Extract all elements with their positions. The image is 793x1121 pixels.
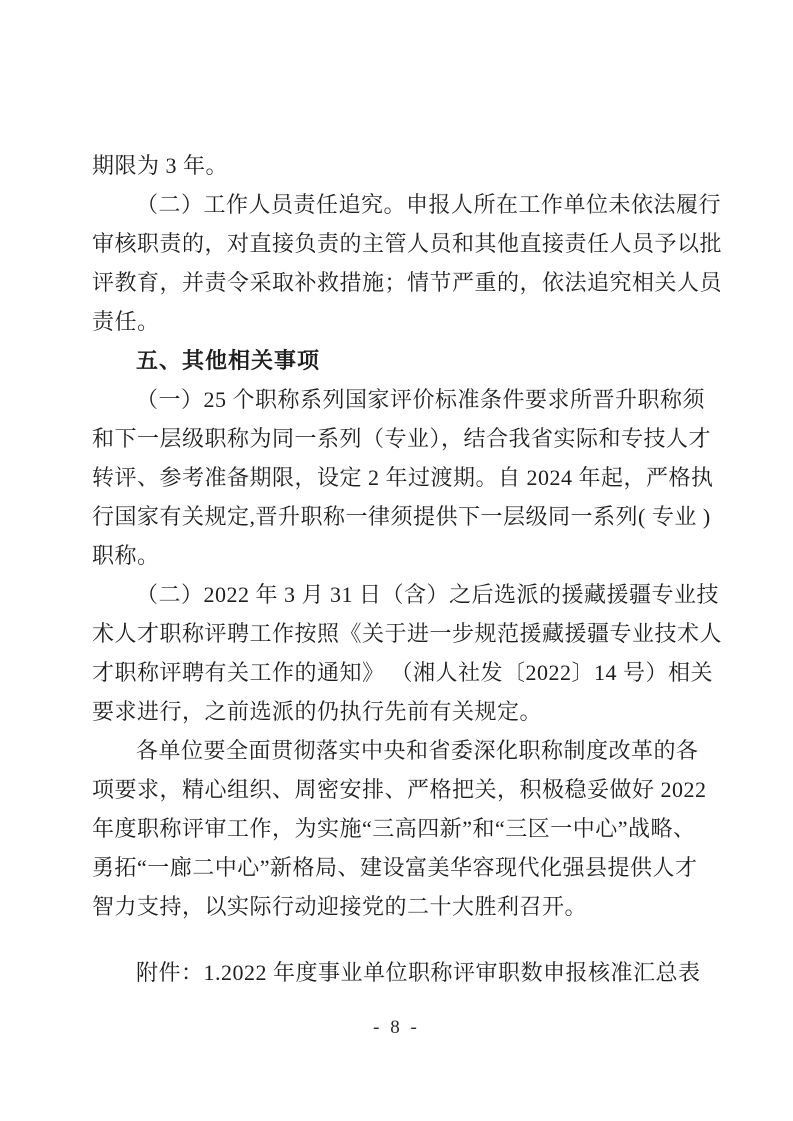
text-line: 术人才职称评聘工作按照《关于进一步规范援藏援疆专业技术人 — [92, 614, 717, 653]
text-line: （二）2022 年 3 月 31 日（含）之后选派的援藏援疆专业技 — [92, 575, 717, 614]
document-page: 期限为 3 年。（二）工作人员责任追究。申报人所在工作单位未依法履行审核职责的，… — [0, 0, 793, 1121]
text-line: （二）工作人员责任追究。申报人所在工作单位未依法履行 — [92, 185, 717, 224]
text-line: 行国家有关规定,晋升职称一律须提供下一层级同一系列( 专业 ) — [92, 497, 717, 536]
section-heading: 五、其他相关事项 — [92, 341, 717, 380]
text-line: 要求进行，之前选派的仍执行先前有关规定。 — [92, 692, 717, 731]
text-line: 责任。 — [92, 302, 717, 341]
text-line: （一）25 个职称系列国家评价标准条件要求所晋升职称须 — [92, 380, 717, 419]
page-number: - 8 - — [0, 1014, 793, 1042]
text-line: 才职称评聘有关工作的通知》 （湘人社发〔2022〕14 号）相关 — [92, 653, 717, 692]
text-line: 职称。 — [92, 536, 717, 575]
text-line: 各单位要全面贯彻落实中央和省委深化职称制度改革的各 — [92, 731, 717, 770]
text-line: 年度职称评审工作，为实施“三高四新”和“三区一中心”战略、 — [92, 809, 717, 848]
text-line: 评教育，并责令采取补救措施；情节严重的，依法追究相关人员 — [92, 263, 717, 302]
attachment-line: 附件：1.2022 年度事业单位职称评审职数申报核准汇总表 — [136, 953, 701, 992]
text-line: 审核职责的，对直接负责的主管人员和其他直接责任人员予以批 — [92, 224, 717, 263]
text-line: 转评、参考准备期限，设定 2 年过渡期。自 2024 年起，严格执 — [92, 458, 717, 497]
text-line: 项要求，精心组织、周密安排、严格把关，积极稳妥做好 2022 — [92, 770, 717, 809]
text-line: 期限为 3 年。 — [92, 146, 717, 185]
text-line: 勇拓“一廊二中心”新格局、建设富美华容现代化强县提供人才 — [92, 848, 717, 887]
text-line: 和下一层级职称为同一系列（专业），结合我省实际和专技人才 — [92, 419, 717, 458]
document-lines: 期限为 3 年。（二）工作人员责任追究。申报人所在工作单位未依法履行审核职责的，… — [92, 146, 717, 926]
text-line: 智力支持，以实际行动迎接党的二十大胜利召开。 — [92, 887, 717, 926]
